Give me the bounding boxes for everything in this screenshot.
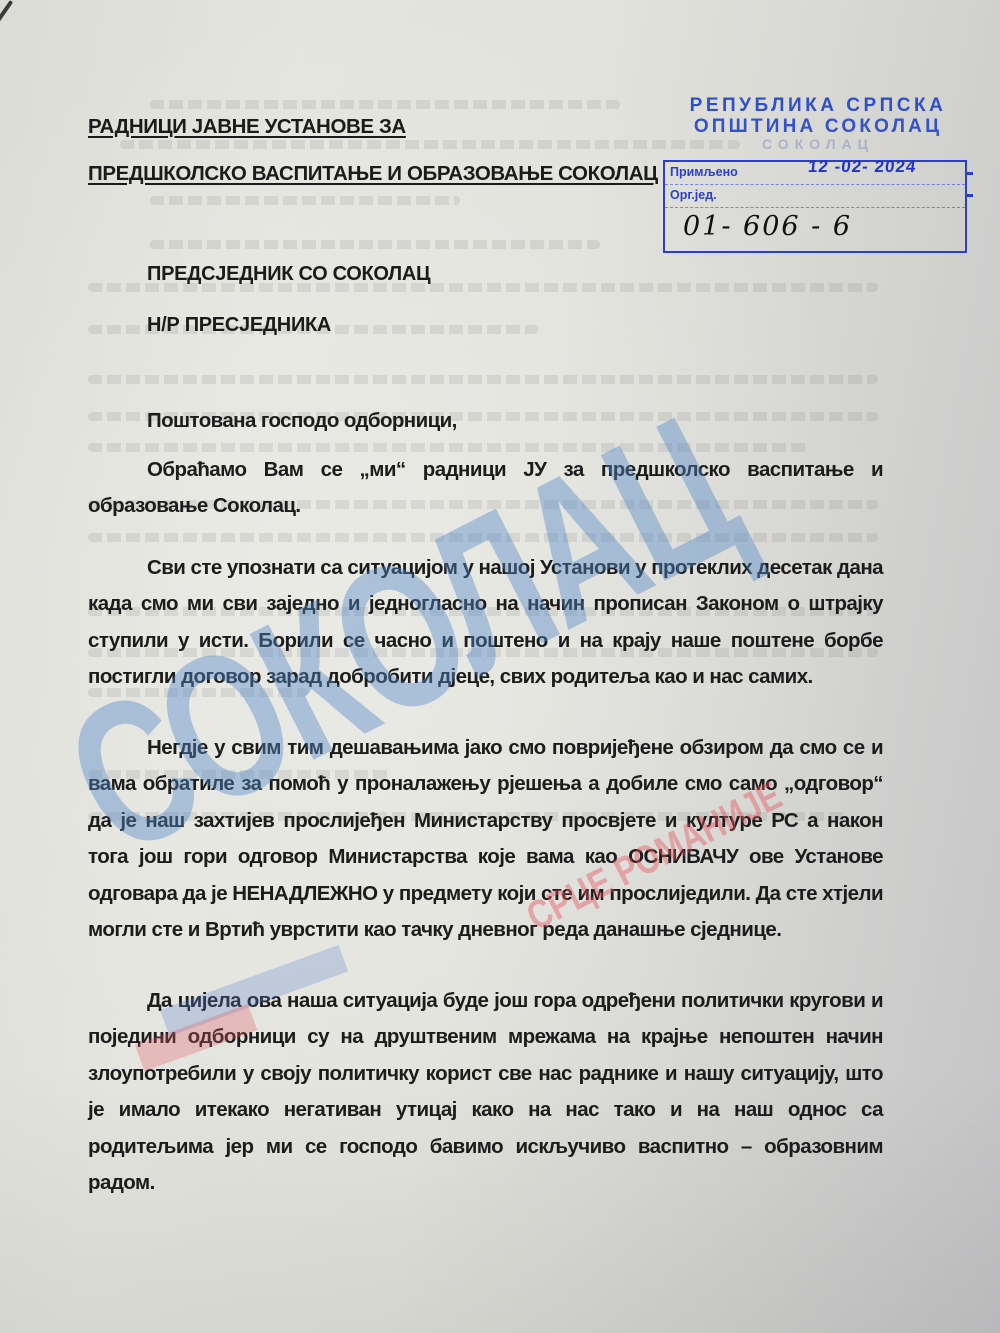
paragraph-3-text: Негдје у свим тим дешавањима јако смо по… [88, 736, 883, 941]
stamp-municipality-line: ОПШТИНА СОКОЛАЦ [668, 116, 968, 137]
paragraph-1-text: Обраћамо Вам се „ми“ радници ЈУ за предш… [88, 458, 883, 517]
stamp-date: 12 -02- 2024 [807, 157, 918, 177]
paragraph-2-text: Сви сте упознати са ситуацијом у нашој У… [88, 556, 883, 688]
paragraph-1: Обраћамо Вам се „ми“ радници ЈУ за предш… [88, 452, 883, 525]
recipient-line-1: ПРЕДСЈЕДНИК СО СОКОЛАЦ [147, 263, 430, 286]
stamp-received-row: Примљено 12 -02- 2024 [665, 162, 965, 185]
salutation: Поштована господо одборници, [147, 409, 457, 433]
sender-heading-line-2: ПРЕДШКОЛСКО ВАСПИТАЊЕ И ОБРАЗОВАЊЕ СОКОЛ… [88, 162, 658, 186]
stamp-tick [965, 194, 973, 197]
staple-mark [0, 0, 13, 32]
paragraph-4-text: Да цијела ова наша ситуација буде још го… [88, 989, 883, 1194]
stamp-org-label: Орг.јед. [670, 188, 717, 202]
scanned-letter-page: РЕПУБЛИКА СРПСКА ОПШТИНА СОКОЛАЦ СОКОЛАЦ… [0, 0, 1000, 1333]
stamp-org-row: Орг.јед. [665, 185, 965, 208]
handwritten-registry-number: 01- 606 - 6 [683, 211, 852, 242]
stamp-tick [965, 172, 973, 175]
stamp-republic-line: РЕПУБЛИКА СРПСКА [668, 95, 968, 116]
paragraph-2: Сви сте упознати са ситуацијом у нашој У… [88, 550, 883, 696]
recipient-line-2: Н/Р ПРЕСЈЕДНИКА [147, 314, 331, 337]
sender-heading-line-1: РАДНИЦИ ЈАВНЕ УСТАНОВЕ ЗА [88, 115, 406, 139]
municipal-stamp-heading: РЕПУБЛИКА СРПСКА ОПШТИНА СОКОЛАЦ СОКОЛАЦ [668, 95, 968, 151]
paragraph-4: Да цијела ова наша ситуација буде још го… [88, 983, 883, 1201]
paragraph-3: Негдје у свим тим дешавањима јако смо по… [88, 730, 883, 948]
stamp-city-line: СОКОЛАЦ [668, 137, 968, 151]
stamp-received-label: Примљено [670, 165, 738, 179]
registry-stamp-box: Примљено 12 -02- 2024 Орг.јед. 01- 606 -… [663, 160, 967, 253]
